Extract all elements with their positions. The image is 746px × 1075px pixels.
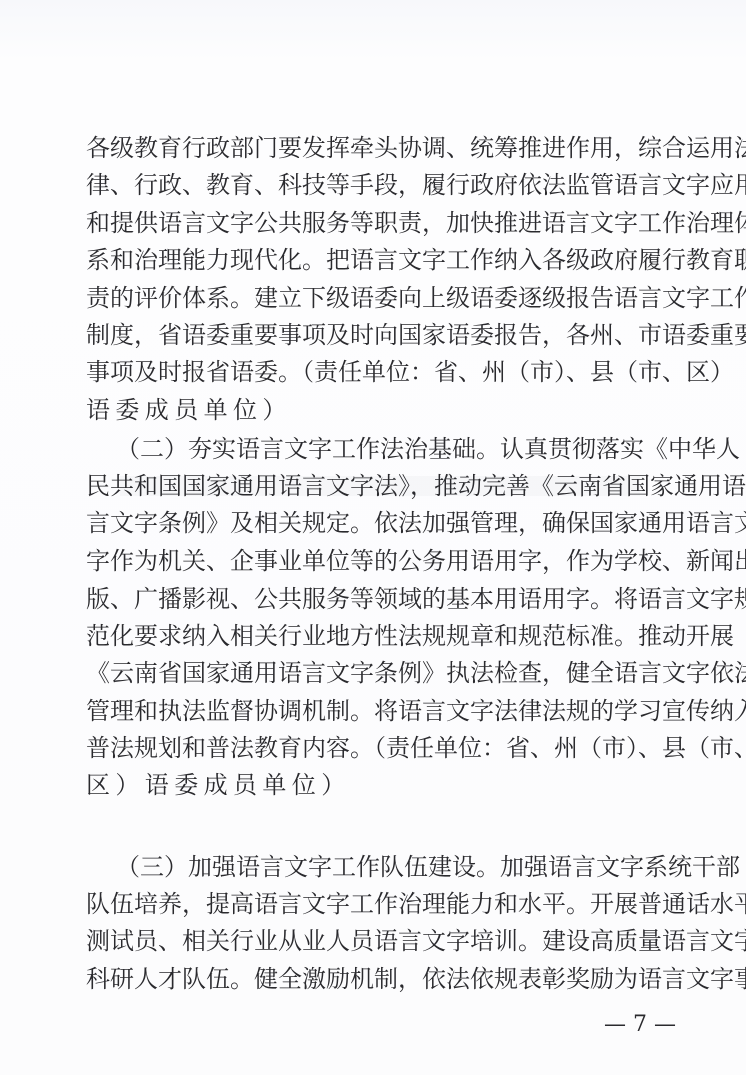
text-line: 责的评价体系。建立下级语委向上级语委逐级报告语言文字工作: [86, 281, 676, 315]
text-line: 测试员、相关行业从业人员语言文字培训。建设高质量语言文字: [86, 924, 676, 958]
section-heading-line: （三）加强语言文字工作队伍建设。加强语言文字系统干部: [116, 850, 676, 884]
text-line: 各级教育行政部门要发挥牵头协调、统筹推进作用，综合运用法: [86, 131, 676, 165]
document-page: 各级教育行政部门要发挥牵头协调、统筹推进作用，综合运用法 律、行政、教育、科技等…: [0, 0, 746, 1075]
text-line: 区）语委成员单位）: [86, 768, 676, 802]
text-line: 字作为机关、企事业单位等的公务用语用字，作为学校、新闻出: [86, 544, 676, 578]
text-line: 系和治理能力现代化。把语言文字工作纳入各级政府履行教育职: [86, 243, 676, 277]
text-line: 队伍培养，提高语言文字工作治理能力和水平。开展普通话水平: [86, 887, 676, 921]
section-heading-line: （二）夯实语言文字工作法治基础。认真贯彻落实《中华人: [116, 432, 676, 466]
text-line: 言文字条例》及相关规定。依法加强管理，确保国家通用语言文: [86, 506, 676, 540]
text-line: 版、广播影视、公共服务等领域的基本用语用字。将语言文字规: [86, 582, 676, 616]
text-line: 律、行政、教育、科技等手段，履行政府依法监管语言文字应用: [86, 168, 676, 202]
text-line: 民共和国国家通用语言文字法》，推动完善《云南省国家通用语: [86, 469, 676, 503]
text-line: 普法规划和普法教育内容。（责任单位：省、州（市）、县（市、: [86, 731, 676, 765]
text-line: 管理和执法监督协调机制。将语言文字法律法规的学习宣传纳入: [86, 694, 676, 728]
text-line: 语委成员单位）: [86, 393, 676, 427]
text-line: 科研人才队伍。健全激励机制，依法依规表彰奖励为语言文字事: [86, 962, 676, 996]
text-line: 《云南省国家通用语言文字条例》执法检查，健全语言文字依法: [86, 656, 676, 690]
text-line: 制度，省语委重要事项及时向国家语委报告，各州、市语委重要: [86, 318, 676, 352]
text-line: 和提供语言文字公共服务等职责，加快推进语言文字工作治理体: [86, 206, 676, 240]
text-line: 范化要求纳入相关行业地方性法规规章和规范标准。推动开展: [86, 619, 676, 653]
text-line: 事项及时报省语委。（责任单位：省、州（市）、县（市、区）: [86, 355, 676, 389]
page-number: — 7 —: [600, 1010, 680, 1040]
